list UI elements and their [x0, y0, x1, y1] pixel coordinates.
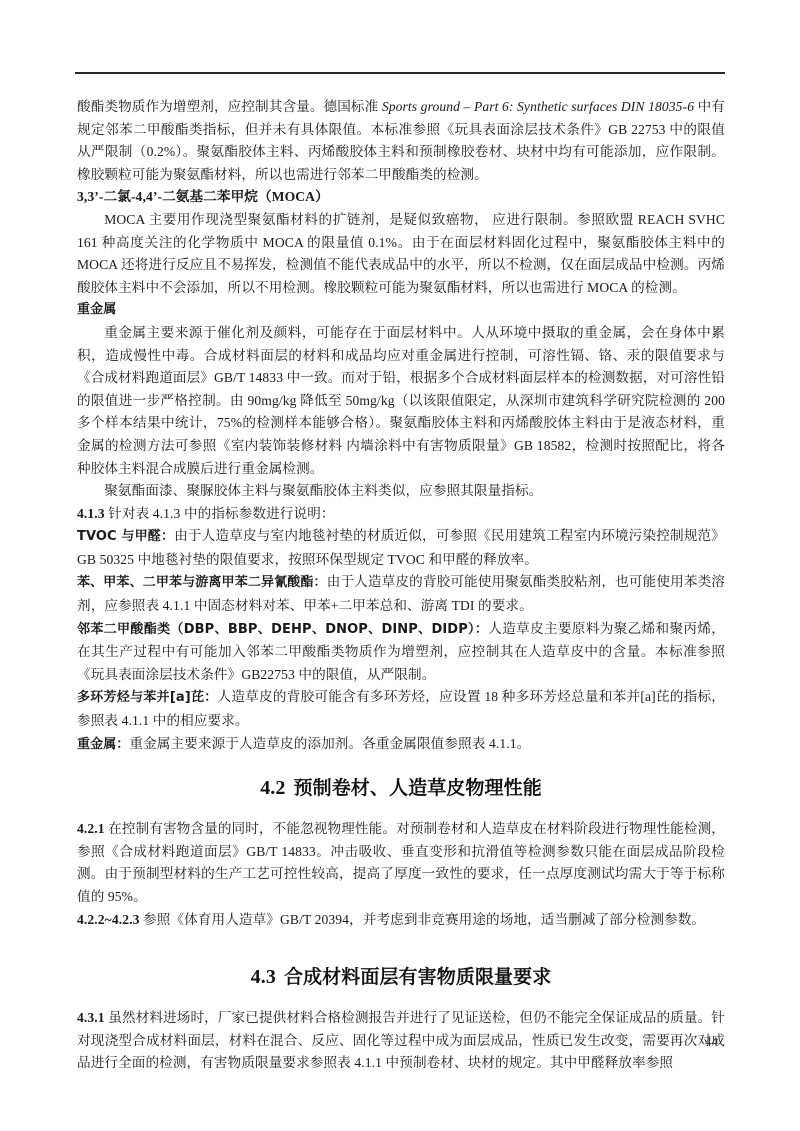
clause-number: 4.1.3: [77, 506, 105, 521]
clause-4-2-1: 4.2.1 在控制有害物含量的同时，不能忽视物理性能。对预制卷材和人造草皮在材料…: [77, 818, 725, 908]
term-label: 多环芳烃与苯并[a]芘：: [77, 690, 217, 705]
paragraph-heavy-metal: 重金属主要来源于催化剂及颜料，可能存在于面层材料中。人从环境中摄取的重金属，会在…: [77, 322, 725, 480]
term-label: 邻苯二甲酸酯类（DBP、BBP、DEHP、DNOP、DINP、DIDP）：: [77, 622, 488, 637]
paragraph-phthalate-continued: 酸酯类物质作为增塑剂，应控制其含量。德国标准 Sports ground – P…: [77, 96, 725, 186]
clause-number: 4.2.1: [77, 821, 105, 836]
term-label: TVOC 与甲醛：: [77, 529, 174, 544]
paragraph-benzene: 苯、甲苯、二甲苯与游离甲苯二异氰酸酯：由于人造草皮的背胶可能使用聚氨酯类胶粘剂，…: [77, 571, 725, 617]
heading-moca: 3,3’-二氯-4,4’-二氨基二苯甲烷（MOCA）: [77, 186, 725, 209]
clause-number: 4.2.2~4.2.3: [77, 912, 140, 927]
section-heading-4-3: 4.3合成材料面层有害物质限量要求: [77, 965, 725, 989]
clause-4-2-2-4-2-3: 4.2.2~4.2.3 参照《体育用人造草》GB/T 20394，并考虑到非竞赛…: [77, 909, 725, 932]
heading-heavy-metal: 重金属: [77, 299, 725, 322]
page-number: 44: [705, 1034, 718, 1050]
clause-4-3-1: 4.3.1 虽然材料进场时，厂家已提供材料合格检测报告并进行了见证送检，但仍不能…: [77, 1007, 725, 1075]
paragraph-moca: MOCA 主要用作现浇型聚氨酯材料的扩链剂，是疑似致癌物， 应进行限制。参照欧盟…: [77, 209, 725, 299]
paragraph-phthalate: 邻苯二甲酸酯类（DBP、BBP、DEHP、DNOP、DINP、DIDP）：人造草…: [77, 618, 725, 687]
paragraph-heavy-metal-turf: 重金属：重金属主要来源于人造草皮的添加剂。各重金属限值参照表 4.1.1。: [77, 733, 725, 757]
section-heading-4-2: 4.2预制卷材、人造草皮物理性能: [77, 776, 725, 800]
clause-number: 4.3.1: [77, 1010, 105, 1025]
term-label: 苯、甲苯、二甲苯与游离甲苯二异氰酸酯：: [77, 575, 327, 590]
page-body: 酸酯类物质作为增塑剂，应控制其含量。德国标准 Sports ground – P…: [77, 96, 725, 1075]
page-header-rule: [75, 72, 725, 74]
paragraph-tvoc: TVOC 与甲醛：由于人造草皮与室内地毯衬垫的材质近似，可参照《民用建筑工程室内…: [77, 525, 725, 571]
clause-4-1-3: 4.1.3 针对表 4.1.3 中的指标参数进行说明：: [77, 503, 725, 526]
paragraph-pah: 多环芳烃与苯并[a]芘：人造草皮的背胶可能含有多环芳烃，应设置 18 种多环芳烃…: [77, 686, 725, 732]
din-standard-title: Sports ground – Part 6: Synthetic surfac…: [382, 99, 694, 114]
paragraph-heavy-metal-extra: 聚氨酯面漆、聚脲胶体主料与聚氨酯胶体主料类似，应参照其限量指标。: [77, 480, 725, 503]
term-label: 重金属：: [77, 737, 129, 752]
